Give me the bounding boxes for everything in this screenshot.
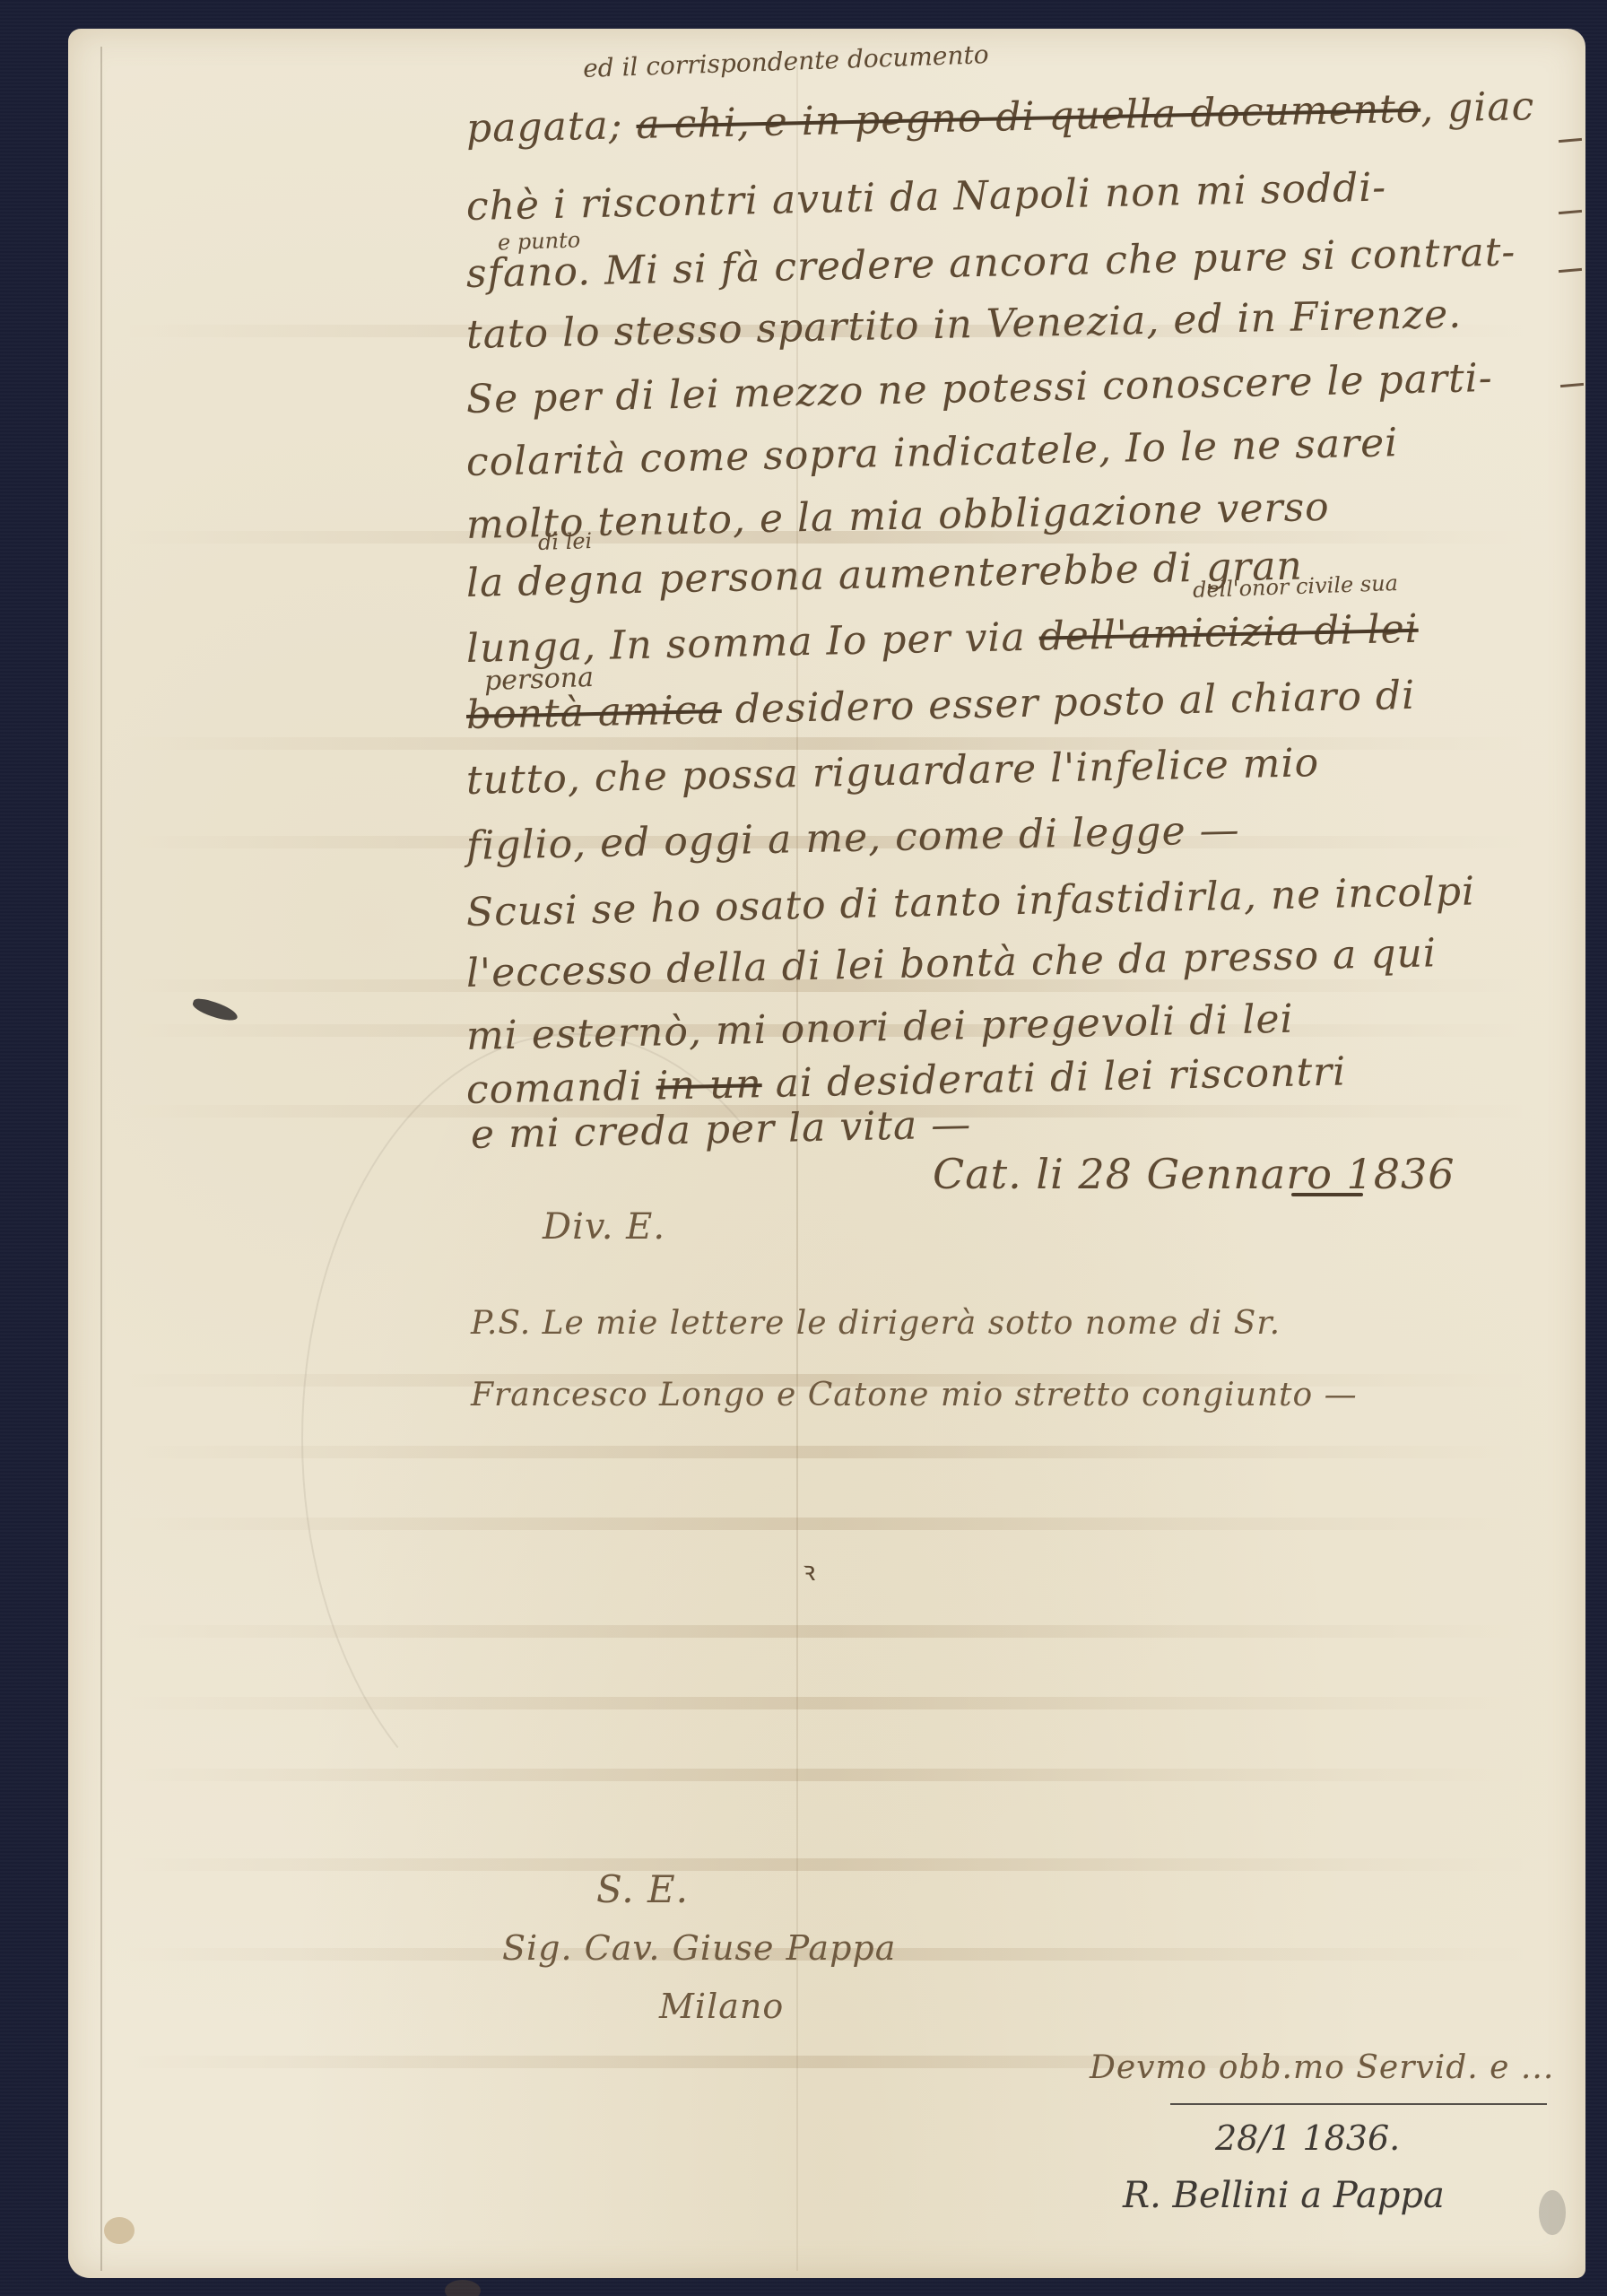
bleed-through-streak bbox=[122, 1697, 1532, 1709]
bleed-through-streak bbox=[122, 737, 1532, 750]
dateline-date: li 28 Gennaro 1836 bbox=[1036, 1150, 1455, 1198]
address-honorific: S. E. bbox=[596, 1867, 689, 1911]
archival-attribution: R. Bellini a Pappa bbox=[1123, 2175, 1445, 2216]
left-fold-crease bbox=[100, 47, 102, 2271]
postscript-line-2: Francesco Longo e Catone mio stretto con… bbox=[471, 1377, 1358, 1413]
bleed-through-streak bbox=[122, 1858, 1532, 1871]
foxing-stain bbox=[104, 2217, 135, 2244]
struck-text: in un bbox=[656, 1061, 762, 1109]
bleed-through-streak bbox=[122, 1769, 1532, 1781]
sigla: Div. E. bbox=[543, 1206, 665, 1248]
address-city: Milano bbox=[659, 1987, 784, 2026]
line-text: comandi bbox=[465, 1064, 656, 1113]
dateline-place: Cat. bbox=[933, 1150, 1022, 1198]
postscript-line-1: P.S. Le mie lettere le dirigerà sotto no… bbox=[471, 1305, 1281, 1342]
date-underline bbox=[1291, 1193, 1363, 1196]
dateline: Cat. li 28 Gennaro 1836 bbox=[933, 1150, 1455, 1198]
address-recipient: Sig. Cav. Giuse Pappa bbox=[502, 1928, 896, 1968]
line-text: pagata; bbox=[465, 102, 637, 152]
smudge-stain bbox=[1539, 2190, 1566, 2235]
center-ink-mark: ꝛ bbox=[803, 1552, 815, 1588]
archival-rule bbox=[1170, 2103, 1547, 2105]
closing-signature: Devmo obb.mo Servid. e ... bbox=[1090, 2049, 1554, 2086]
archival-date: 28/1 1836. bbox=[1215, 2118, 1400, 2158]
foxing-stain bbox=[445, 2280, 481, 2296]
interlinear-insertion: di lei bbox=[538, 528, 593, 555]
struck-text: dell'amicizia di lei bbox=[1038, 606, 1419, 660]
line-text: , giac bbox=[1420, 83, 1535, 132]
struck-text: bontà amica bbox=[465, 687, 722, 738]
